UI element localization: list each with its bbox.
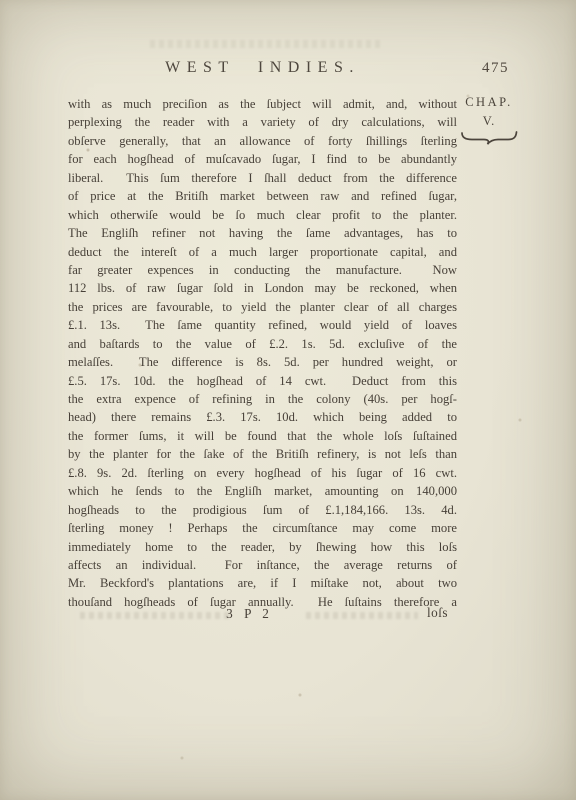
page-title: WEST INDIES. [68,59,457,77]
text-line: and baſtards to the value of £.2. 1s. 5d… [68,335,457,353]
brace-flourish-icon [460,130,518,146]
catchword: loſs [427,605,448,621]
text-line: the prices are favourable, to yield the … [68,298,457,316]
text-line: £.8. 9s. 2d. ſterling on every hogſhead … [68,464,457,482]
text-line: of price at the Britiſh market between r… [68,187,457,205]
text-line: far greater expences in conducting the m… [68,261,457,279]
chapter-margin-note: CHAP. V. [456,95,522,150]
text-line: melaſſes. The difference is 8s. 5d. per … [68,353,457,371]
text-line: £.1. 13s. The ſame quantity refined, wou… [68,316,457,334]
text-line: perplexing the reader with a variety of … [68,113,457,131]
text-line: with as much preciſion as the ſubject wi… [68,95,457,113]
text-line: hogſheads to the prodigious ſum of £.1,1… [68,501,457,519]
text-line: the extra expence of refining in the col… [68,390,457,408]
bleed-through [80,612,230,619]
text-line: Mr. Beckford's plantations are, if I miſ… [68,574,457,592]
bleed-through [306,612,418,619]
text-line: 112 lbs. of raw ſugar ſold in London may… [68,279,457,297]
text-line: deduct the intereſt of a much larger pro… [68,243,457,261]
text-line: which he ſends to the Engliſh market, am… [68,482,457,500]
text-line: by the planter for the ſake of the Briti… [68,445,457,463]
page-number: 475 [482,60,509,77]
text-line: which otherwiſe would be ſo much clear p… [68,206,457,224]
text-line: obſerve generally, that an allowance of … [68,132,457,150]
text-line: immediately home to the reader, by ſhewi… [68,538,457,556]
text-line: affects an individual. For inſtance, the… [68,556,457,574]
text-line: £.5. 17s. 10d. the hogſhead of 14 cwt. D… [68,372,457,390]
text-line: The Engliſh refiner not having the ſame … [68,224,457,242]
chapter-label: CHAP. [456,95,522,110]
chapter-number: V. [456,114,522,129]
book-page-scan: WEST INDIES. 475 CHAP. V. with as much p… [0,0,576,800]
body-text: with as much preciſion as the ſubject wi… [68,95,457,611]
text-line: liberal. This ſum therefore I ſhall dedu… [68,169,457,187]
bleed-through [150,40,380,48]
text-line: head) there remains £.3. 17s. 10d. which… [68,408,457,426]
text-line: the former ſums, it will be found that t… [68,427,457,445]
text-line: ſterling money ! Perhaps the circumſtanc… [68,519,457,537]
text-line: for each hogſhead of muſcavado ſugar, I … [68,150,457,168]
